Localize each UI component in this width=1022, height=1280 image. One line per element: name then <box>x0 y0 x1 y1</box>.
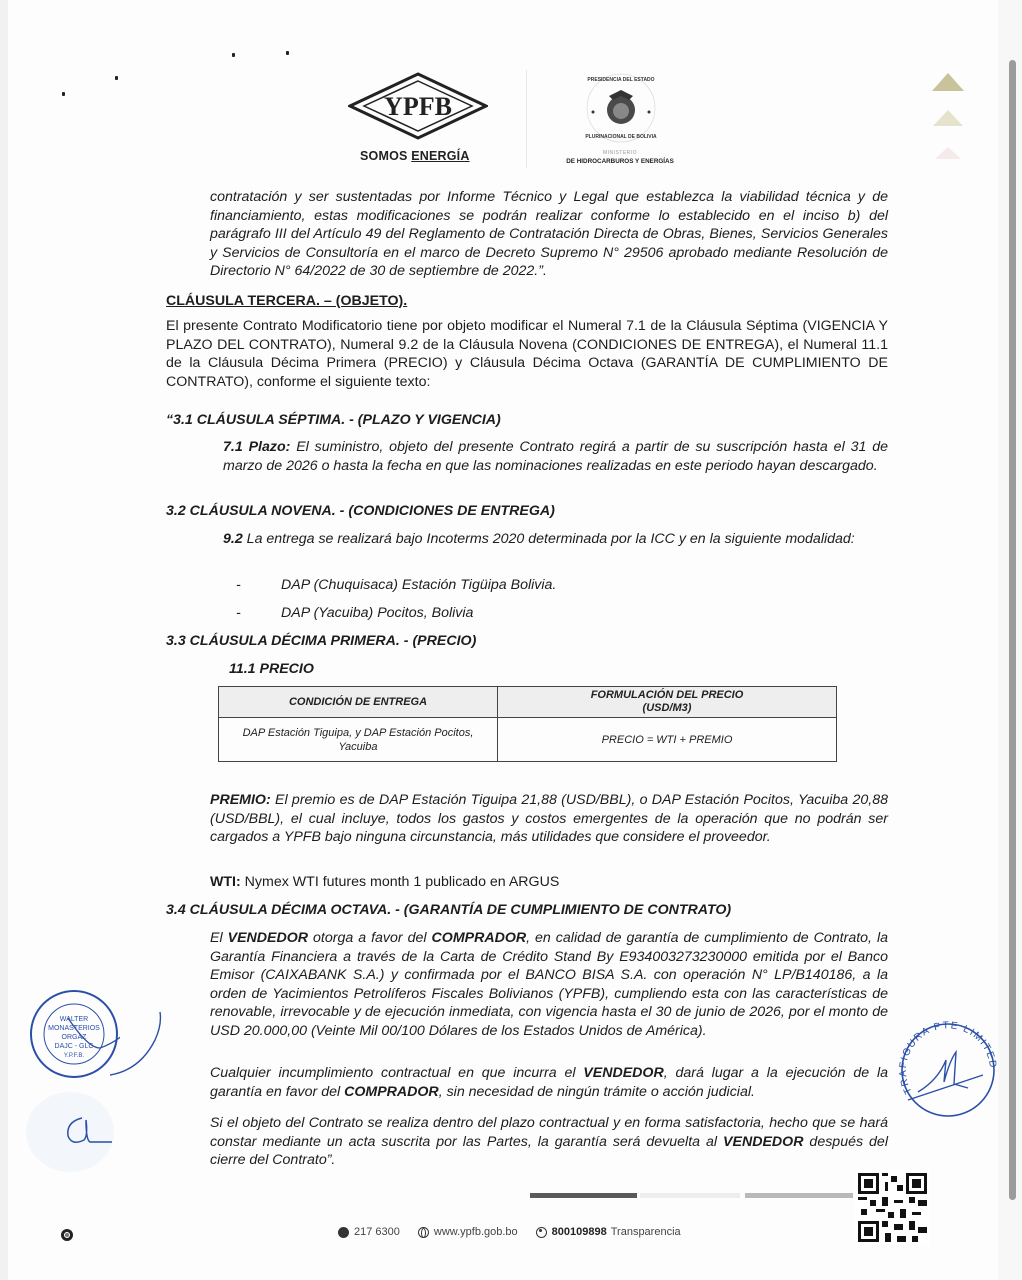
section-3-1-heading: “3.1 CLÁUSULA SÉPTIMA. - (PLAZO Y VIGENC… <box>166 411 501 430</box>
section-3-3-heading: 3.3 CLÁUSULA DÉCIMA PRIMERA. - (PRECIO) <box>166 632 476 651</box>
price-table: CONDICIÓN DE ENTREGA FORMULACIÓN DEL PRE… <box>218 686 837 762</box>
section-7-1-paragraph: 7.1 Plazo: El suministro, objeto del pre… <box>223 438 888 475</box>
footer-hotline: 800109898Transparencia <box>536 1226 681 1238</box>
section-7-1-label: 7.1 Plazo: <box>223 439 290 455</box>
section-3-2-heading: 3.2 CLÁUSULA NOVENA. - (CONDICIONES DE E… <box>166 502 555 521</box>
list-item: -DAP (Chuquisaca) Estación Tigüipa Boliv… <box>281 577 556 593</box>
svg-text:TRAFIGURA PTE LIMITED: TRAFIGURA PTE LIMITED <box>898 1020 998 1095</box>
section-9-2-label: 9.2 <box>223 531 243 547</box>
scan-speck <box>286 51 289 55</box>
premio-paragraph: PREMIO: El premio es de DAP Estación Tig… <box>210 791 888 847</box>
scan-speck <box>115 76 118 80</box>
svg-text:PLURINACIONAL DE BOLIVIA: PLURINACIONAL DE BOLIVIA <box>585 134 657 140</box>
legal-department-stamp-icon: WALTER MONASTERIOS ORGAZ DAJC - GLC Y.P.… <box>28 988 120 1080</box>
ministry-label: DE HIDROCARBUROS Y ENERGÍAS <box>540 158 700 165</box>
scan-speck <box>62 92 65 96</box>
clausula-tercera-text: El presente Contrato Modificatorio tiene… <box>166 317 888 391</box>
section-9-2-text: La entrega se realizará bajo Incoterms 2… <box>243 531 855 547</box>
page-edge <box>0 0 8 1280</box>
svg-text:DAJC - GLC: DAJC - GLC <box>55 1043 94 1050</box>
footer-bar <box>530 1193 637 1198</box>
wti-paragraph: WTI: Nymex WTI futures month 1 publicado… <box>210 873 559 892</box>
footer-bar <box>745 1193 853 1198</box>
globe-icon <box>418 1227 429 1238</box>
section-7-1-text: El suministro, objeto del presente Contr… <box>223 439 888 474</box>
footer-phone: 217 6300 <box>338 1226 400 1238</box>
bullet-dash: - <box>236 577 241 593</box>
svg-text:WALTER: WALTER <box>60 1016 88 1023</box>
document-page: YPFB SOMOS ENERGÍA PRESIDENCIA DEL ESTAD… <box>0 0 1022 1280</box>
bolivia-state-seal-icon: PRESIDENCIA DEL ESTADO PLURINACIONAL DE … <box>585 72 657 144</box>
header-divider <box>526 70 527 168</box>
ministry-label-small: MINISTERIO <box>540 150 700 156</box>
signature-stroke-icon <box>110 1010 165 1080</box>
table-header-cell: FORMULACIÓN DEL PRECIO(USD/M3) <box>498 687 837 718</box>
ypfb-logo-icon: YPFB <box>348 72 488 140</box>
footer-contact: 217 6300 www.ypfb.gob.bo 800109898Transp… <box>338 1226 699 1238</box>
table-cell: DAP Estación Tiguipa, y DAP Estación Poc… <box>219 718 498 762</box>
section-3-4-paragraph-3: Si el objeto del Contrato se realiza den… <box>210 1114 888 1170</box>
triangle-decoration-icon <box>932 73 964 91</box>
scrollbar-thumb[interactable] <box>1009 60 1016 1200</box>
svg-text:Y.P.F.B.: Y.P.F.B. <box>64 1053 84 1059</box>
section-9-2-paragraph: 9.2 La entrega se realizará bajo Incoter… <box>223 530 888 549</box>
location-pin-icon <box>61 1229 73 1241</box>
footer-bar <box>640 1193 740 1198</box>
table-header-cell: CONDICIÓN DE ENTREGA <box>219 687 498 718</box>
svg-text:PRESIDENCIA DEL ESTADO: PRESIDENCIA DEL ESTADO <box>587 77 654 83</box>
bullet-dash: - <box>236 605 241 621</box>
footer-website[interactable]: www.ypfb.gob.bo <box>418 1226 518 1238</box>
letterhead: YPFB SOMOS ENERGÍA PRESIDENCIA DEL ESTAD… <box>330 62 710 172</box>
list-item: -DAP (Yacuiba) Pocitos, Bolivia <box>281 605 473 621</box>
qr-code-icon <box>855 1170 930 1245</box>
ypfb-tagline: SOMOS ENERGÍA <box>360 149 470 163</box>
clausula-tercera-heading: CLÁUSULA TERCERA. – (OBJETO). <box>166 292 407 311</box>
phone-icon <box>338 1227 349 1238</box>
premio-label: PREMIO: <box>210 792 271 808</box>
triangle-decoration-icon <box>935 147 961 159</box>
scrollbar-track[interactable] <box>998 0 1022 1280</box>
table-header-row: CONDICIÓN DE ENTREGA FORMULACIÓN DEL PRE… <box>219 687 837 718</box>
svg-text:YPFB: YPFB <box>384 92 452 121</box>
trafigura-stamp-icon: TRAFIGURA PTE LIMITED <box>898 1020 998 1120</box>
section-3-4-paragraph-1: El VENDEDOR otorga a favor del COMPRADOR… <box>210 929 888 1041</box>
scan-speck <box>232 53 235 57</box>
triangle-decoration-icon <box>933 110 963 126</box>
section-11-1-heading: 11.1 PRECIO <box>229 660 314 679</box>
user-icon <box>536 1227 547 1238</box>
initials-signature-icon <box>60 1110 120 1150</box>
wti-label: WTI: <box>210 874 241 890</box>
section-3-4-paragraph-2: Cualquier incumplimiento contractual en … <box>210 1064 888 1101</box>
section-3-4-heading: 3.4 CLÁUSULA DÉCIMA OCTAVA. - (GARANTÍA … <box>166 901 731 920</box>
intro-paragraph: contratación y ser sustentadas por Infor… <box>210 188 888 281</box>
table-row: DAP Estación Tiguipa, y DAP Estación Poc… <box>219 718 837 762</box>
table-cell: PRECIO = WTI + PREMIO <box>498 718 837 762</box>
